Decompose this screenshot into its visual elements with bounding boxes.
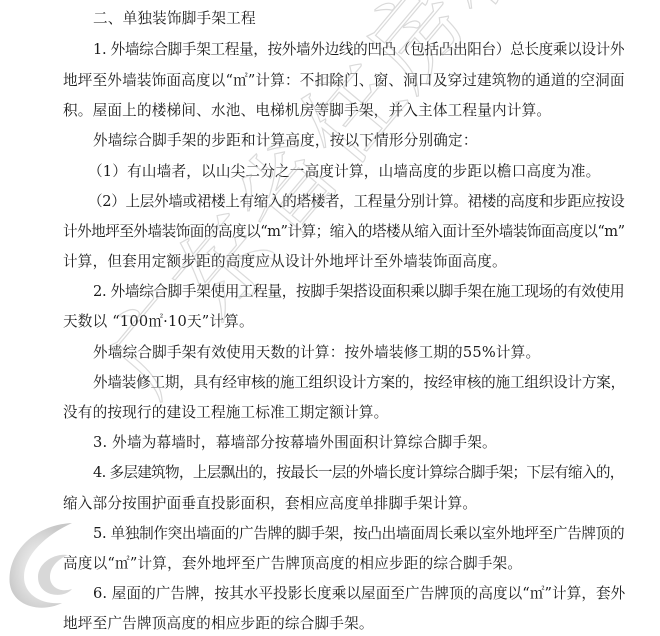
paragraph-line: 2. 外墙综合脚手架使用工程量，按脚手架搭设面积乘以脚手架在施工现场的有效使用 [93, 282, 624, 302]
paragraph-line: （1）有山墙者，以山尖二分之一高度计算，山墙高度的步距以檐口高度为准。 [88, 162, 600, 182]
paragraph-line: （2）上层外墙或裙楼上有缩入的塔楼者，工程量分别计算。裙楼的高度和步距应按设 [88, 192, 624, 212]
paragraph-line: 天数以 “100㎡·10天”计算。 [63, 312, 254, 332]
paragraph-line: 没有的按现行的建设工程施工标准工期定额计算。 [63, 403, 388, 423]
paragraph-line: 地坪至广告牌顶高度的相应步距的综合脚手架。 [63, 614, 374, 634]
paragraph-line: 计算，但套用定额步距的高度应从设计外地坪计至外墙装饰面高度。 [63, 252, 507, 272]
paragraph-line: 地坪至外墙装饰面高度以“㎡”计算：不扣除门、窗、洞口及穿过建筑物的通道的空洞面 [63, 71, 625, 91]
paragraph-line: 3. 外墙为幕墙时，幕墙部分按幕墙外围面积计算综合脚手架。 [93, 433, 497, 453]
paragraph-line: 缩入部分按围护面垂直投影面积，套相应高度单排脚手架计算。 [63, 494, 477, 514]
paragraph-line: 4. 多层建筑物，上层飘出的，按最长一层的外墙长度计算综合脚手架；下层有缩入的， [93, 463, 624, 483]
paragraph-line: 外墙综合脚手架有效使用天数的计算：按外墙装修工期的55%计算。 [93, 343, 540, 363]
paragraph-line: 计外地坪至外墙装饰面的高度以“m”计算；缩入的塔楼从缩入面计至外墙装饰面高度以“… [63, 222, 625, 242]
paragraph-line: 积。屋面上的楼梯间、水池、电梯机房等脚手架，并入主体工程量内计算。 [63, 101, 551, 121]
paragraph-line: 外墙综合脚手架的步距和计算高度，按以下情形分别确定： [93, 131, 478, 151]
paragraph-line: 外墙装修工期，具有经审核的施工组织设计方案的，按经审核的施工组织设计方案， [93, 373, 625, 393]
paragraph-line: 1. 外墙综合脚手架工程量，按外墙外边线的凹凸（包括凸出阳台）总长度乘以设计外 [93, 40, 624, 60]
paragraph-line: 6. 屋面的广告牌，按其水平投影长度乘以屋面至广告牌顶的高度以“㎡”计算，套外 [93, 584, 625, 604]
paragraph-line: 高度以“㎡”计算，套外地坪至广告牌顶高度的相应步距的综合脚手架。 [63, 554, 522, 574]
paragraph-line: 5. 单独制作突出墙面的广告牌的脚手架，按凸出墙面周长乘以室外地坪至广告牌顶的 [93, 524, 624, 544]
section-heading: 二、单独装饰脚手架工程 [93, 9, 256, 29]
document-page: 二、单独装饰脚手架工程1. 外墙综合脚手架工程量，按外墙外边线的凹凸（包括凸出阳… [0, 0, 660, 636]
